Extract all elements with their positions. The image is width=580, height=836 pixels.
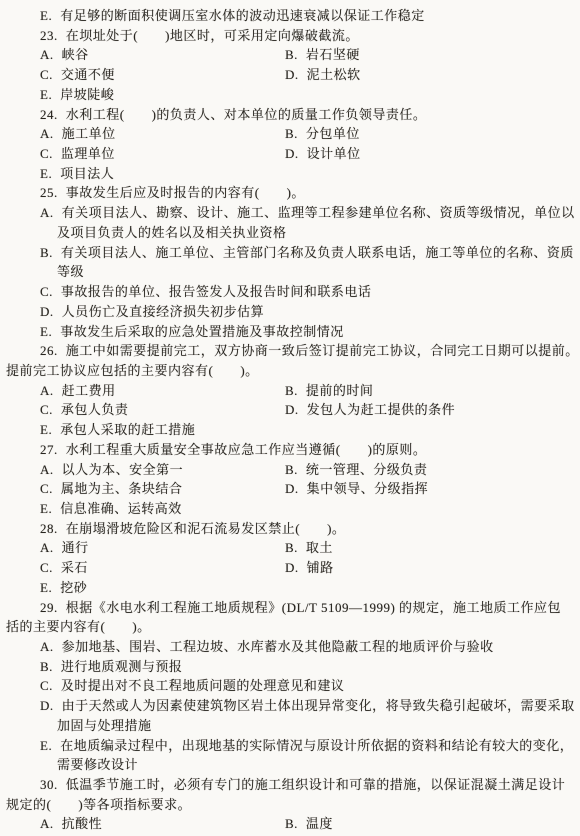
option-pair-line: C.监理单位D.设计单位 xyxy=(0,144,580,164)
option-text: 有关项目法人、勘察、设计、施工、监理等工程参建单位名称、资质等级情况，单位以 xyxy=(62,205,575,220)
option-text: 及时提出对不良工程地质问题的处理意见和建议 xyxy=(61,678,345,693)
option-continuation-line: 等级 xyxy=(0,262,580,282)
option-continuation-line: 需要修改设计 xyxy=(0,755,580,775)
continuation-text: 等级 xyxy=(57,264,84,279)
option-pair-line: A.通行B.取土 xyxy=(0,538,580,558)
option-text: 在地质编录过程中，出现地基的实际情况与原设计所依据的资料和结论有较大的变化， xyxy=(60,738,573,753)
question-line: 25.事故发生后应及时报告的内容有( )。 xyxy=(0,183,580,203)
question-text: 水利工程重大质量安全事故应急工作应当遵循( )的原则。 xyxy=(66,442,427,457)
question-text: 事故发生后应及时报告的内容有( )。 xyxy=(66,185,305,200)
option-text: 赶工费用 xyxy=(62,383,116,398)
option-left-cell: C.交通不便 xyxy=(40,65,285,85)
option-label: E. xyxy=(40,420,52,440)
option-label: D. xyxy=(285,400,299,420)
option-label: B. xyxy=(285,814,298,834)
option-line: D.由于天然或人为因素使建筑物区岩土体出现异常变化，将导致失稳引起破坏，需要采取 xyxy=(0,696,580,716)
question-text: 在坝址处于( )地区时，可采用定向爆破截流。 xyxy=(66,28,359,43)
option-line: E.挖砂 xyxy=(0,578,580,598)
continuation-text: 加固与处理措施 xyxy=(57,718,152,733)
option-text: 进行地质观测与预报 xyxy=(61,659,183,674)
option-text: 人员伤亡及直接经济损失初步估算 xyxy=(62,304,265,319)
option-label: B. xyxy=(285,538,298,558)
option-text: 事故报告的单位、报告签发人及报告时间和联系电话 xyxy=(61,284,372,299)
option-label: B. xyxy=(285,124,298,144)
question-number: 30. xyxy=(40,775,58,795)
question-line: 28.在崩塌滑坡危险区和泥石流易发区禁止( )。 xyxy=(0,519,580,539)
option-line: E.承包人采取的赶工措施 xyxy=(0,420,580,440)
option-text: 铺路 xyxy=(307,560,334,575)
question-number: 24. xyxy=(40,105,58,125)
question-line: 26.施工中如需要提前完工，双方协商一致后签订提前完工协议，合同完工日期可以提前… xyxy=(0,341,580,361)
option-line: E.岸坡陡峻 xyxy=(0,85,580,105)
option-text: 统一管理、分级负责 xyxy=(306,462,428,477)
option-text: 信息准确、运转高效 xyxy=(60,501,182,516)
option-line: C.事故报告的单位、报告签发人及报告时间和联系电话 xyxy=(0,282,580,302)
exam-lines: E.有足够的断面积使调压室水体的波动迅速衰减以保证工作稳定23.在坝址处于( )… xyxy=(0,6,580,834)
option-label: C. xyxy=(40,65,53,85)
question-line: 24.水利工程( )的负责人、对本单位的质量工作负领导责任。 xyxy=(0,105,580,125)
option-text: 交通不便 xyxy=(61,67,115,82)
option-left-cell: C.承包人负责 xyxy=(40,400,285,420)
option-pair-line: C.属地为主、条块结合D.集中领导、分级指挥 xyxy=(0,479,580,499)
option-text: 取土 xyxy=(306,540,333,555)
option-text: 集中领导、分级指挥 xyxy=(307,481,429,496)
question-number: 27. xyxy=(40,440,58,460)
question-line: 23.在坝址处于( )地区时，可采用定向爆破截流。 xyxy=(0,26,580,46)
option-left-cell: A.施工单位 xyxy=(40,124,285,144)
option-pair-line: A.施工单位B.分包单位 xyxy=(0,124,580,144)
option-continuation-line: 加固与处理措施 xyxy=(0,716,580,736)
option-label: C. xyxy=(40,676,53,696)
option-pair-line: A.赶工费用B.提前的时间 xyxy=(0,381,580,401)
option-label: D. xyxy=(285,65,299,85)
option-label: D. xyxy=(285,558,299,578)
question-line: 30.低温季节施工时，必须有专门的施工组织设计和可靠的措施，以保证混凝土满足设计 xyxy=(0,775,580,795)
option-label: B. xyxy=(40,243,53,263)
option-label: A. xyxy=(40,124,54,144)
option-line: A.参加地基、围岩、工程边坡、水库蓄水及其他隐蔽工程的地质评价与验收 xyxy=(0,637,580,657)
option-label: D. xyxy=(40,696,54,716)
question-number: 28. xyxy=(40,519,58,539)
option-label: A. xyxy=(40,538,54,558)
option-line: E.在地质编录过程中，出现地基的实际情况与原设计所依据的资料和结论有较大的变化， xyxy=(0,736,580,756)
option-line: B.进行地质观测与预报 xyxy=(0,657,580,677)
option-line: B.有关项目法人、施工单位、主管部门名称及负责人联系电话，施工等单位的名称、资质 xyxy=(0,243,580,263)
option-label: A. xyxy=(40,45,54,65)
option-left-cell: A.赶工费用 xyxy=(40,381,285,401)
continuation-text: 规定的( )等各项指标要求。 xyxy=(6,797,191,812)
question-text: 低温季节施工时，必须有专门的施工组织设计和可靠的措施，以保证混凝土满足设计 xyxy=(66,777,566,792)
option-continuation-line: 及项目负责人的姓名以及相关执业资格 xyxy=(0,223,580,243)
option-line: E.有足够的断面积使调压室水体的波动迅速衰减以保证工作稳定 xyxy=(0,6,580,26)
option-text: 提前的时间 xyxy=(306,383,374,398)
question-line: 29.根据《水电水利工程施工地质规程》(DL/T 5109—1999) 的规定，… xyxy=(0,598,580,618)
option-text: 承包人采取的赶工措施 xyxy=(60,422,195,437)
option-text: 岩石坚硬 xyxy=(306,47,360,62)
option-left-cell: A.通行 xyxy=(40,538,285,558)
question-text: 水利工程( )的负责人、对本单位的质量工作负领导责任。 xyxy=(66,107,427,122)
option-label: E. xyxy=(40,578,52,598)
option-label: B. xyxy=(40,657,53,677)
option-pair-line: A.抗酸性B.温度 xyxy=(0,814,580,834)
option-line: D.人员伤亡及直接经济损失初步估算 xyxy=(0,302,580,322)
option-label: E. xyxy=(40,499,52,519)
option-text: 承包人负责 xyxy=(61,402,129,417)
option-label: D. xyxy=(285,479,299,499)
question-number: 25. xyxy=(40,183,58,203)
question-number: 29. xyxy=(40,598,58,618)
option-left-cell: A.峡谷 xyxy=(40,45,285,65)
option-label: C. xyxy=(40,400,53,420)
question-text: 施工中如需要提前完工，双方协商一致后签订提前完工协议，合同完工日期可以提前。 xyxy=(66,343,579,358)
option-text: 由于天然或人为因素使建筑物区岩土体出现异常变化，将导致失稳引起破坏，需要采取 xyxy=(62,698,575,713)
option-pair-line: A.峡谷B.岩石坚硬 xyxy=(0,45,580,65)
option-text: 监理单位 xyxy=(61,146,115,161)
option-label: B. xyxy=(285,460,298,480)
option-label: C. xyxy=(40,144,53,164)
option-text: 分包单位 xyxy=(306,126,360,141)
option-label: B. xyxy=(285,381,298,401)
option-text: 峡谷 xyxy=(62,47,89,62)
option-pair-line: C.承包人负责D.发包人为赶工提供的条件 xyxy=(0,400,580,420)
option-text: 抗酸性 xyxy=(62,816,103,831)
question-text: 在崩塌滑坡危险区和泥石流易发区禁止( )。 xyxy=(66,521,346,536)
option-line: E.事故发生后采取的应急处置措施及事故控制情况 xyxy=(0,322,580,342)
option-pair-line: C.交通不便D.泥土松软 xyxy=(0,65,580,85)
question-continuation-line: 括的主要内容有( )。 xyxy=(0,617,580,637)
option-label: C. xyxy=(40,282,53,302)
option-text: 参加地基、围岩、工程边坡、水库蓄水及其他隐蔽工程的地质评价与验收 xyxy=(62,639,494,654)
option-text: 有关项目法人、施工单位、主管部门名称及负责人联系电话，施工等单位的名称、资质 xyxy=(61,245,574,260)
option-label: A. xyxy=(40,460,54,480)
option-line: E.项目法人 xyxy=(0,164,580,184)
option-text: 温度 xyxy=(306,816,333,831)
option-label: D. xyxy=(40,302,54,322)
option-left-cell: C.属地为主、条块结合 xyxy=(40,479,285,499)
option-label: E. xyxy=(40,6,52,26)
option-text: 事故发生后采取的应急处置措施及事故控制情况 xyxy=(60,324,344,339)
option-text: 岸坡陡峻 xyxy=(60,87,114,102)
question-continuation-line: 规定的( )等各项指标要求。 xyxy=(0,795,580,815)
option-label: C. xyxy=(40,558,53,578)
option-text: 属地为主、条块结合 xyxy=(61,481,183,496)
option-label: A. xyxy=(40,814,54,834)
option-label: B. xyxy=(285,45,298,65)
option-text: 设计单位 xyxy=(307,146,361,161)
question-number: 26. xyxy=(40,341,58,361)
option-label: E. xyxy=(40,322,52,342)
option-pair-line: A.以人为本、安全第一B.统一管理、分级负责 xyxy=(0,460,580,480)
option-left-cell: C.监理单位 xyxy=(40,144,285,164)
option-label: E. xyxy=(40,736,52,756)
option-label: C. xyxy=(40,479,53,499)
option-label: E. xyxy=(40,85,52,105)
option-left-cell: C.采石 xyxy=(40,558,285,578)
question-continuation-line: 提前完工协议应包括的主要内容有( )。 xyxy=(0,361,580,381)
continuation-text: 需要修改设计 xyxy=(57,757,138,772)
question-number: 23. xyxy=(40,26,58,46)
question-text: 根据《水电水利工程施工地质规程》(DL/T 5109—1999) 的规定，施工地… xyxy=(66,600,561,615)
option-label: E. xyxy=(40,164,52,184)
exam-page: E.有足够的断面积使调压室水体的波动迅速衰减以保证工作稳定23.在坝址处于( )… xyxy=(0,0,580,836)
option-line: C.及时提出对不良工程地质问题的处理意见和建议 xyxy=(0,676,580,696)
option-text: 有足够的断面积使调压室水体的波动迅速衰减以保证工作稳定 xyxy=(60,8,425,23)
option-text: 项目法人 xyxy=(60,166,114,181)
continuation-text: 及项目负责人的姓名以及相关执业资格 xyxy=(57,225,287,240)
option-text: 通行 xyxy=(62,540,89,555)
option-line: E.信息准确、运转高效 xyxy=(0,499,580,519)
option-text: 施工单位 xyxy=(62,126,116,141)
option-label: A. xyxy=(40,381,54,401)
option-label: A. xyxy=(40,203,54,223)
continuation-text: 括的主要内容有( )。 xyxy=(6,619,151,634)
option-line: A.有关项目法人、勘察、设计、施工、监理等工程参建单位名称、资质等级情况，单位以 xyxy=(0,203,580,223)
option-left-cell: A.抗酸性 xyxy=(40,814,285,834)
option-text: 泥土松软 xyxy=(307,67,361,82)
continuation-text: 提前完工协议应包括的主要内容有( )。 xyxy=(6,363,259,378)
option-text: 采石 xyxy=(61,560,88,575)
question-line: 27.水利工程重大质量安全事故应急工作应当遵循( )的原则。 xyxy=(0,440,580,460)
option-label: A. xyxy=(40,637,54,657)
option-text: 以人为本、安全第一 xyxy=(62,462,184,477)
option-left-cell: A.以人为本、安全第一 xyxy=(40,460,285,480)
option-pair-line: C.采石D.铺路 xyxy=(0,558,580,578)
option-text: 挖砂 xyxy=(60,580,87,595)
option-label: D. xyxy=(285,144,299,164)
option-text: 发包人为赶工提供的条件 xyxy=(307,402,456,417)
